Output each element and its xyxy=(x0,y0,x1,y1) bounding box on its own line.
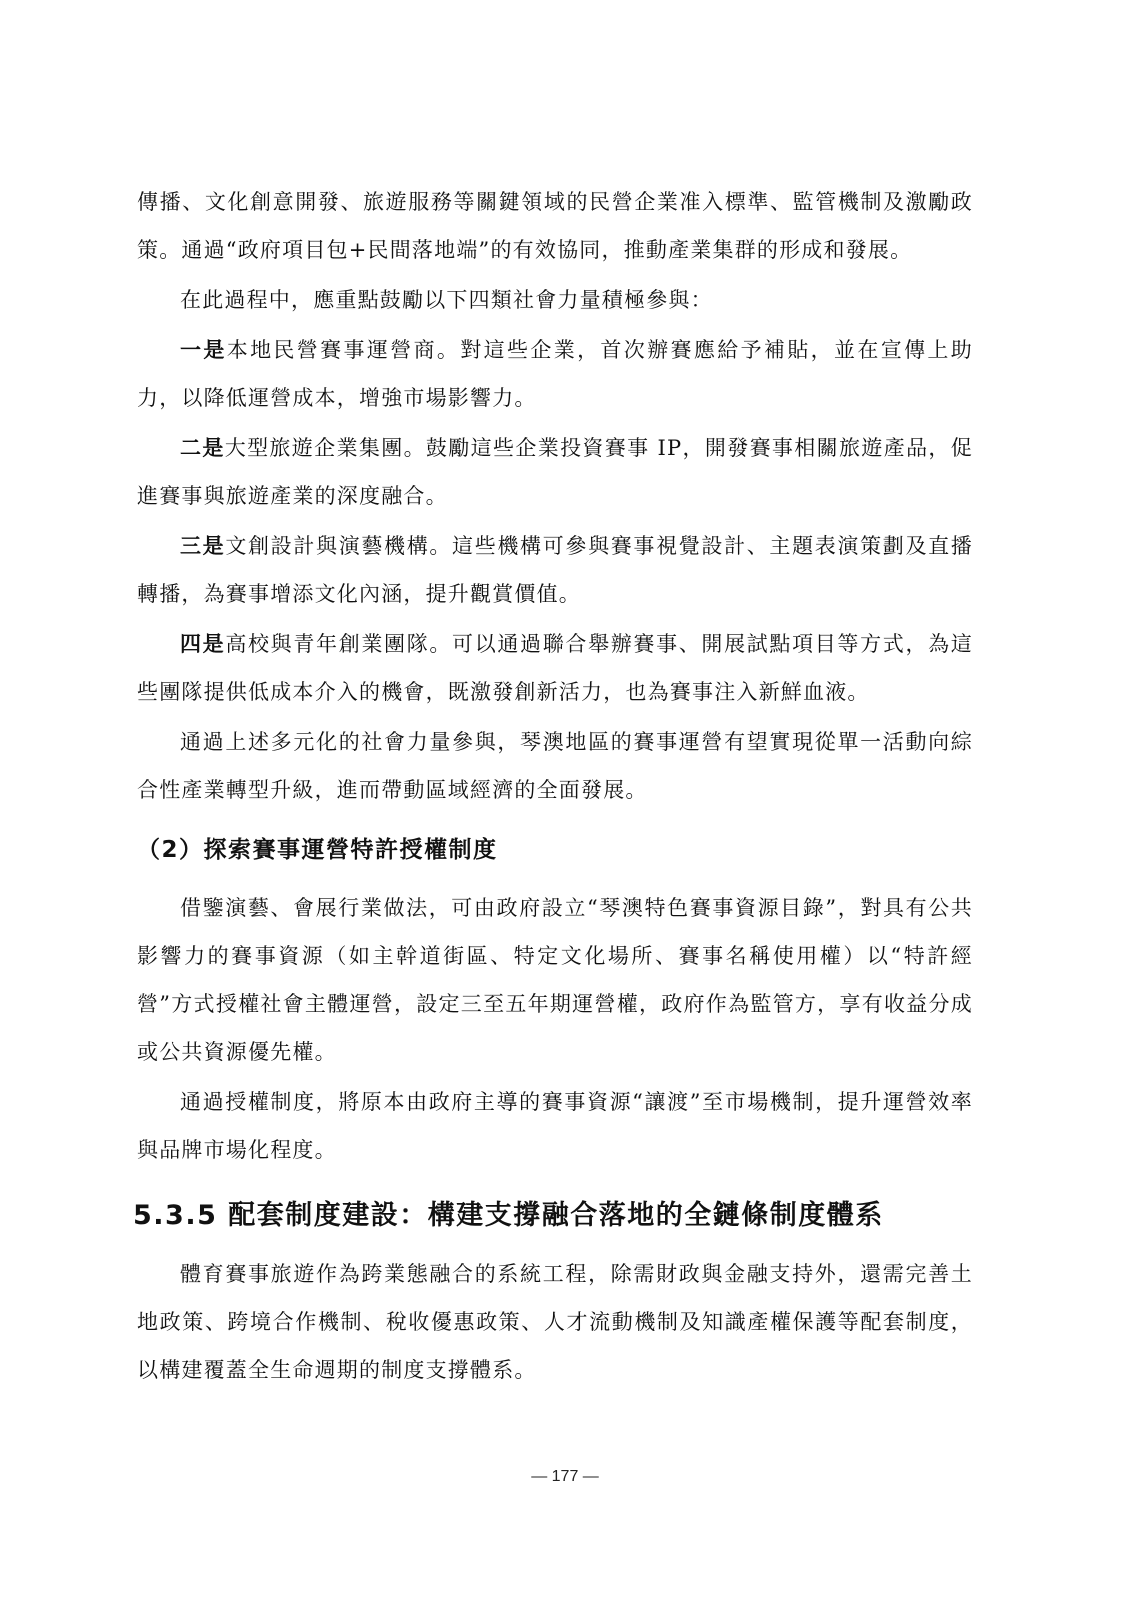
page-number: — 177 — xyxy=(0,1468,1130,1486)
section2-paragraph-1: 借鑒演藝、會展行業做法，可由政府設立“琴澳特色賽事資源目錄”，對具有公共影響力的… xyxy=(137,884,973,1076)
item-lead: 二是 xyxy=(180,435,225,460)
document-body: 傳播、文化創意開發、旅遊服務等關鍵領域的民營企業准入標準、監管機制及激勵政策。通… xyxy=(137,178,973,1394)
list-item-1: 一是本地民營賽事運營商。對這些企業，首次辦賽應給予補貼，並在宣傳上助力，以降低運… xyxy=(137,326,973,422)
item-text: 文創設計與演藝機構。這些機構可參與賽事視覺設計、主題表演策劃及直播轉播，為賽事增… xyxy=(137,534,973,606)
list-item-2: 二是大型旅遊企業集團。鼓勵這些企業投資賽事 IP，開發賽事相關旅遊產品，促進賽事… xyxy=(137,424,973,520)
section-heading-2: （2）探索賽事運營特許授權制度 xyxy=(137,822,973,878)
item-lead: 一是 xyxy=(180,337,227,362)
item-lead: 三是 xyxy=(180,533,225,558)
item-text: 高校與青年創業團隊。可以通過聯合舉辦賽事、開展試點項目等方式，為這些團隊提供低成… xyxy=(137,632,973,704)
list-item-4: 四是高校與青年創業團隊。可以通過聯合舉辦賽事、開展試點項目等方式，為這些團隊提供… xyxy=(137,620,973,716)
paragraph-intro: 在此過程中，應重點鼓勵以下四類社會力量積極參與： xyxy=(137,276,973,324)
section-heading-535: 5.3.5 配套制度建設：構建支撐融合落地的全鏈條制度體系 xyxy=(133,1186,973,1246)
section2-paragraph-2: 通過授權制度，將原本由政府主導的賽事資源“讓渡”至市場機制，提升運營效率與品牌市… xyxy=(137,1078,973,1174)
list-item-3: 三是文創設計與演藝機構。這些機構可參與賽事視覺設計、主題表演策劃及直播轉播，為賽… xyxy=(137,522,973,618)
item-lead: 四是 xyxy=(180,631,225,656)
item-text: 大型旅遊企業集團。鼓勵這些企業投資賽事 IP，開發賽事相關旅遊產品，促進賽事與旅… xyxy=(137,436,973,508)
item-text: 本地民營賽事運營商。對這些企業，首次辦賽應給予補貼，並在宣傳上助力，以降低運營成… xyxy=(137,338,973,410)
paragraph-continuation: 傳播、文化創意開發、旅遊服務等關鍵領域的民營企業准入標準、監管機制及激勵政策。通… xyxy=(137,178,973,274)
paragraph-summary: 通過上述多元化的社會力量參與，琴澳地區的賽事運營有望實現從單一活動向綜合性產業轉… xyxy=(137,718,973,814)
section535-paragraph-1: 體育賽事旅遊作為跨業態融合的系統工程，除需財政與金融支持外，還需完善土地政策、跨… xyxy=(137,1250,973,1394)
